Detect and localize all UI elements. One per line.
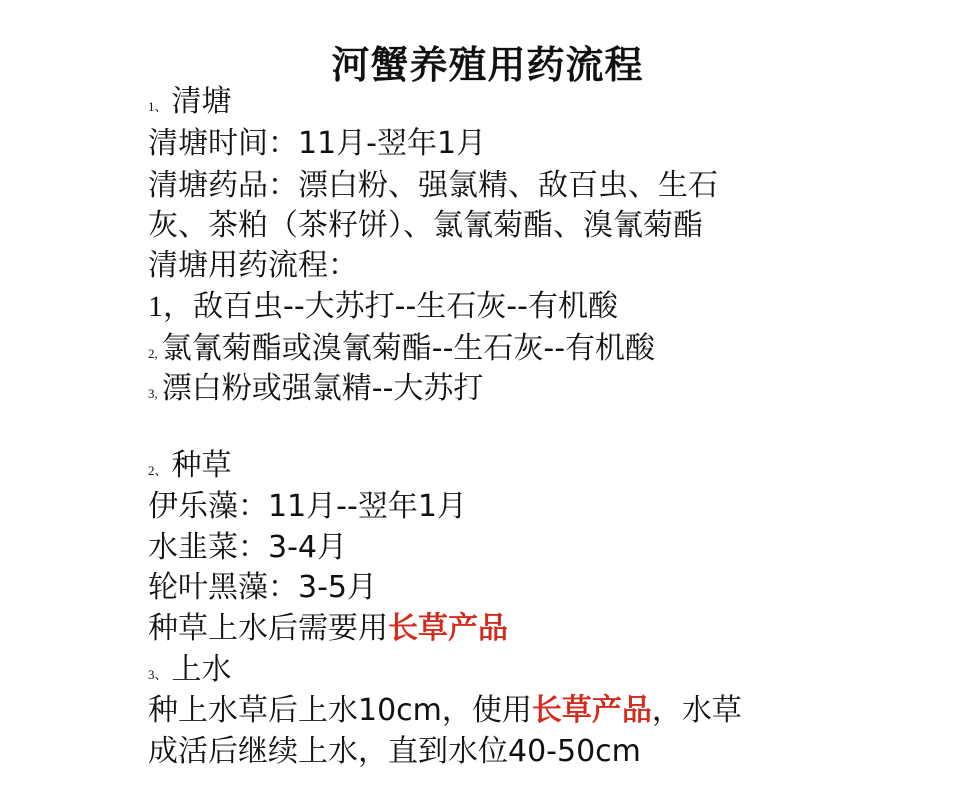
section-heading-3: 3、上水 — [148, 650, 232, 695]
text-line: 清塘时间：11月-翌年1月 — [148, 124, 486, 164]
page-title: 河蟹养殖用药流程 — [0, 34, 975, 89]
text-line: 伊乐藻：11月--翌年1月 — [148, 487, 467, 527]
text-line: 成活后继续上水，直到水位40-50cm — [148, 732, 641, 772]
section-heading-1: 1、清塘 — [148, 82, 232, 127]
section-number: 1、 — [148, 99, 168, 114]
step-number: 3, — [148, 386, 158, 401]
section-heading-2: 2、种草 — [148, 446, 232, 491]
text-line: 种上水草后上水10cm，使用长草产品，水草 — [148, 691, 742, 731]
text-line: 轮叶黑藻：3-5月 — [148, 568, 377, 608]
text-line: 水韭菜：3-4月 — [148, 528, 347, 568]
highlight-text: 长草产品 — [388, 611, 508, 646]
section-number: 2、 — [148, 463, 168, 478]
text-line: 清塘用药流程： — [148, 246, 358, 286]
step-item: 1，敌百虫--大苏打--生石灰--有机酸 — [148, 287, 618, 327]
step-number: 1， — [148, 290, 193, 323]
highlight-text: 长草产品 — [532, 693, 652, 728]
text-line: 灰、茶粕（茶籽饼）、氯氰菊酯、溴氰菊酯 — [148, 206, 703, 246]
step-item: 3,漂白粉或强氯精--大苏打 — [148, 369, 483, 414]
text-line: 清塘药品：漂白粉、强氯精、敌百虫、生石 — [148, 166, 718, 206]
step-item: 2,氯氰菊酯或溴氰菊酯--生石灰--有机酸 — [148, 329, 655, 374]
note-line: 种草上水后需要用长草产品 — [148, 609, 508, 649]
step-number: 2, — [148, 346, 158, 361]
section-number: 3、 — [148, 667, 168, 682]
